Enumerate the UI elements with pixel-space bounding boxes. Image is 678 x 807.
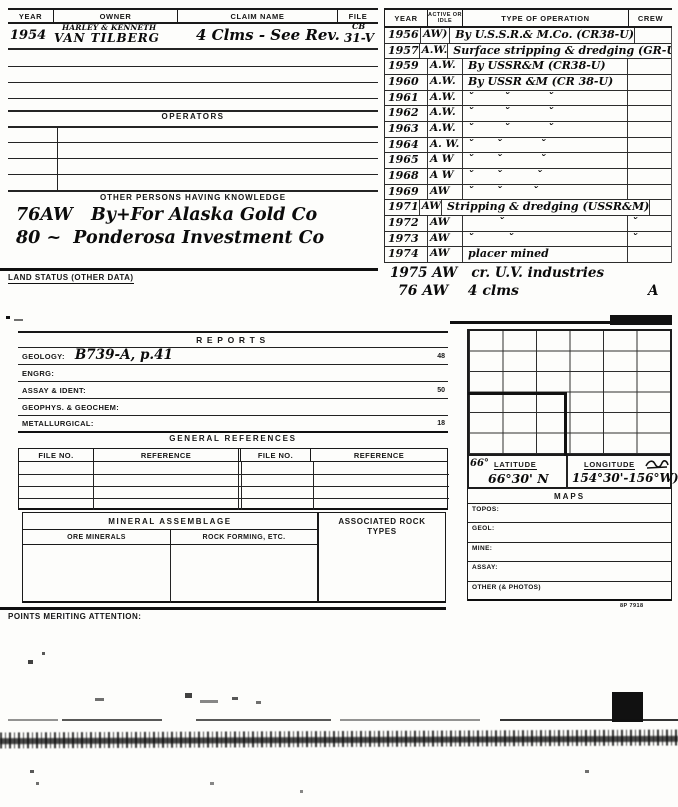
activity-operation: placer mined <box>462 247 627 262</box>
activity-status: A.W. <box>427 75 462 90</box>
activity-row: 1968 A W ˇ ˇ ˇ <box>385 169 671 185</box>
col-owner-header: OWNER <box>53 10 177 22</box>
gr-file-no-header: FILE NO. <box>19 449 93 461</box>
ink-square <box>612 692 643 722</box>
activity-year: 1971 <box>385 200 419 215</box>
scan-line-segment <box>62 719 162 721</box>
activity-operation-header: TYPE OF OPERATION <box>462 10 628 26</box>
other-persons-header: OTHER PERSONS HAVING KNOWLEDGE <box>8 193 378 202</box>
report-row: GEOLOGY: B739-A, p.41 48 <box>18 348 448 365</box>
activity-year: 1969 <box>385 185 427 200</box>
report-row: ASSAY & IDENT: 50 <box>18 382 448 399</box>
report-value: B739-A, p.41 <box>75 347 173 363</box>
operators-header: OPERATORS <box>8 112 378 121</box>
activity-header-row: YEAR ACTIVE OR IDLE TYPE OF OPERATION CR… <box>384 8 672 28</box>
activity-row: 1956 AW) By U.S.S.R.& M.Co. (CR38-U) <box>385 28 671 44</box>
scan-speck <box>95 698 104 701</box>
scan-speck <box>185 693 192 698</box>
scribble-mark <box>645 458 669 470</box>
general-references-body <box>18 462 448 510</box>
report-ref-number: 48 <box>437 353 448 360</box>
entry-underline <box>8 48 378 50</box>
scan-speck <box>210 782 214 785</box>
report-label: GEOLOGY: <box>18 352 65 361</box>
associated-rock-types-box: ASSOCIATED ROCK TYPES <box>318 512 446 603</box>
blank-line <box>19 474 449 475</box>
ore-minerals-header: ORE MINERALS <box>23 530 170 544</box>
activity-status: AW <box>427 247 462 262</box>
maps-row: TOPOS: <box>468 504 671 523</box>
activity-operation: ˇ ˇ ˇ <box>462 138 627 153</box>
activity-status: AW) <box>420 28 449 43</box>
entry-file: 31-V <box>344 31 374 45</box>
associated-rock-types-header: ASSOCIATED ROCK TYPES <box>337 517 427 538</box>
scan-speck <box>585 770 589 773</box>
general-references-header: GENERAL REFERENCES <box>18 434 448 443</box>
activity-crew <box>627 153 671 168</box>
activity-status: A.W. <box>427 91 462 106</box>
activity-operation: ˇ ˇ ˇ <box>462 122 627 137</box>
activity-year: 1964 <box>385 138 427 153</box>
activity-operation: ˇ <box>462 216 627 231</box>
activity-status: A.W. <box>419 44 448 59</box>
operators-rule-bottom <box>8 126 378 128</box>
gr-reference-header-2: REFERENCE <box>310 449 447 461</box>
activity-active-header: ACTIVE OR IDLE <box>427 10 462 26</box>
rock-forming-header: ROCK FORMING, ETC. <box>170 530 317 544</box>
maps-rows: TOPOS: GEOL: MINE: ASSAY: OTHER (& PHOTO… <box>467 504 672 601</box>
activity-status: A W <box>427 153 462 168</box>
activity-row: 1963 A.W. ˇ ˇ ˇ <box>385 122 671 138</box>
activity-status: A W <box>427 169 462 184</box>
activity-status: A.W. <box>427 59 462 74</box>
reports-section: REPORTS GEOLOGY: B739-A, p.41 48 ENGRG: … <box>18 331 448 433</box>
latitude-label: LATITUDE <box>494 460 537 470</box>
activity-crew <box>627 59 671 74</box>
blank-line <box>19 498 449 499</box>
blank-line <box>8 98 378 99</box>
scan-speck <box>42 652 45 655</box>
activity-year: 1968 <box>385 169 427 184</box>
activity-crew <box>627 122 671 137</box>
activity-crew <box>634 28 671 43</box>
scan-line-segment <box>196 719 331 721</box>
activity-year: 1956 <box>385 28 420 43</box>
activity-operation: ˇ ˇ ˇ <box>462 153 627 168</box>
grid-bold-line-horizontal <box>468 392 566 395</box>
blank-line <box>19 486 449 487</box>
reports-rows: GEOLOGY: B739-A, p.41 48 ENGRG: ASSAY & … <box>18 348 448 433</box>
maps-row-label: MINE: <box>468 543 671 552</box>
activity-operation: ˇ ˇ ˇ <box>462 106 627 121</box>
activity-row: 1965 A W ˇ ˇ ˇ <box>385 153 671 169</box>
report-label: ENGRG: <box>18 369 54 378</box>
maps-row: OTHER (& PHOTOS) <box>468 582 671 601</box>
mineral-col-divider <box>170 545 171 603</box>
gr-center-divider <box>241 462 242 510</box>
activity-operation: Stripping & dredging (USSR&M) <box>441 200 649 215</box>
blank-line <box>8 82 378 83</box>
latitude-note: 66° <box>470 458 489 469</box>
longitude-value: 154°30'-156°W) <box>572 471 678 485</box>
knowledge-line: 76AW By+For Alaska Gold Co <box>16 205 378 228</box>
maps-row-label: ASSAY: <box>468 562 671 571</box>
scan-speck <box>300 790 303 793</box>
activity-status: A.W. <box>427 122 462 137</box>
scan-speck <box>36 782 39 785</box>
entry-owner: VAN TILBERG <box>54 31 160 45</box>
scan-speck <box>232 697 238 700</box>
activity-rows: 1956 AW) By U.S.S.R.& M.Co. (CR38-U) 195… <box>384 28 672 263</box>
activity-note-crew: A <box>648 283 658 299</box>
scan-speck <box>256 701 261 704</box>
activity-year-header: YEAR <box>385 10 427 26</box>
gr-file-no-header-2: FILE NO. <box>238 449 310 461</box>
claim-header-row: YEAR OWNER CLAIM NAME FILE <box>8 8 378 24</box>
scan-line-segment <box>500 719 678 721</box>
activity-crew: ˇ <box>627 232 671 247</box>
activity-operation: ˇ ˇ ˇ <box>462 169 627 184</box>
scan-line-segment <box>340 719 480 721</box>
activity-year: 1963 <box>385 122 427 137</box>
mineral-body <box>22 545 318 603</box>
activity-status: AW <box>419 200 441 215</box>
activity-status: AW <box>427 216 462 231</box>
report-ref-number: 50 <box>437 387 448 394</box>
scan-line-segment <box>8 719 58 721</box>
activity-year: 1974 <box>385 247 427 262</box>
activity-row: 1959 A.W. By USSR&M (CR38-U) <box>385 59 671 75</box>
report-ref-number: 18 <box>437 420 448 427</box>
activity-operation: By U.S.S.R.& M.Co. (CR38-U) <box>449 28 634 43</box>
activity-year: 1960 <box>385 75 427 90</box>
lat-long-divider <box>566 456 568 489</box>
col-year-header: YEAR <box>8 10 53 22</box>
activity-row: 1960 A.W. By USSR &M (CR 38-U) <box>385 75 671 91</box>
activity-row: 1973 AW ˇ ˇ ˇ <box>385 232 671 248</box>
activity-operation: ˇ ˇ ˇ <box>462 91 627 106</box>
activity-crew <box>627 247 671 262</box>
longitude-label: LONGITUDE <box>584 460 635 470</box>
activity-year: 1957 <box>385 44 419 59</box>
scan-speck <box>30 770 34 773</box>
report-row: METALLURGICAL: 18 <box>18 416 448 433</box>
activity-year: 1965 <box>385 153 427 168</box>
activity-operation: By USSR &M (CR 38-U) <box>462 75 627 90</box>
activity-status: A.W. <box>427 106 462 121</box>
activity-crew <box>649 200 671 215</box>
scan-speck <box>14 319 23 321</box>
activity-operation: ˇ ˇ ˇ <box>462 185 627 200</box>
activity-year: 1972 <box>385 216 427 231</box>
general-references-header-row: FILE NO. REFERENCE FILE NO. REFERENCE <box>18 448 448 462</box>
activity-operation: Surface stripping & dredging (GR-U) <box>447 44 671 59</box>
report-label: GEOPHYS. & GEOCHEM: <box>18 403 119 412</box>
activity-note-1975: 1975 AW cr. U.V. industries <box>390 265 604 281</box>
points-meriting-attention-label: POINTS MERITING ATTENTION: <box>8 612 141 621</box>
mineral-subheader-row: ORE MINERALS ROCK FORMING, ETC. <box>22 530 318 545</box>
land-status-header: LAND STATUS (OTHER DATA) <box>8 273 134 284</box>
form-number: 8P 7918 <box>620 603 643 609</box>
scan-speck <box>200 700 218 703</box>
knowledge-lines: 76AW By+For Alaska Gold Co 80 ~ Ponderos… <box>16 205 378 251</box>
activity-operation: ˇ ˇ <box>462 232 627 247</box>
maps-row-label: TOPOS: <box>468 504 671 513</box>
land-status-rule <box>0 268 378 271</box>
activity-status: AW <box>427 185 462 200</box>
activity-crew <box>627 106 671 121</box>
activity-year: 1959 <box>385 59 427 74</box>
activity-operation: By USSR&M (CR38-U) <box>462 59 627 74</box>
activity-crew-header: CREW <box>628 10 672 26</box>
entry-claim-name: 4 Clms - See Rev. <box>196 26 340 44</box>
knowledge-line: 80 ~ Ponderosa Investment Co <box>16 228 378 251</box>
activity-crew <box>627 185 671 200</box>
blank-line <box>8 174 378 175</box>
activity-row: 1971 AW Stripping & dredging (USSR&M) <box>385 200 671 216</box>
blank-line <box>8 66 378 67</box>
maps-row: MINE: <box>468 543 671 562</box>
col-claim-name-header: CLAIM NAME <box>177 10 337 22</box>
blank-line <box>8 158 378 159</box>
activity-year: 1962 <box>385 106 427 121</box>
gr-reference-header: REFERENCE <box>93 449 238 461</box>
gr-center-divider <box>238 462 239 510</box>
mine-record-card: YEAR OWNER CLAIM NAME FILE 1954 HARLEY &… <box>0 0 678 807</box>
activity-status: A. W. <box>427 138 462 153</box>
activity-row: 1969 AW ˇ ˇ ˇ <box>385 185 671 201</box>
activity-crew <box>627 169 671 184</box>
activity-row: 1972 AW ˇ ˇ <box>385 216 671 232</box>
report-label: METALLURGICAL: <box>18 419 94 428</box>
latitude-value: 66°30' N <box>488 471 549 486</box>
maps-row: ASSAY: <box>468 562 671 581</box>
mineral-assemblage-header: MINERAL ASSEMBLAGE <box>22 512 318 530</box>
ink-blob <box>610 315 672 325</box>
activity-row: 1974 AW placer mined <box>385 247 671 263</box>
activity-year: 1961 <box>385 91 427 106</box>
gr-col-divider <box>313 462 314 510</box>
report-row: GEOPHYS. & GEOCHEM: <box>18 399 448 416</box>
entry-year: 1954 <box>10 28 46 43</box>
activity-row: 1961 A.W. ˇ ˇ ˇ <box>385 91 671 107</box>
report-row: ENGRG: <box>18 365 448 382</box>
activity-crew <box>627 138 671 153</box>
maps-row-label: GEOL: <box>468 523 671 532</box>
points-rule <box>0 607 446 610</box>
activity-crew <box>627 91 671 106</box>
report-label: ASSAY & IDENT: <box>18 386 86 395</box>
gr-col-divider <box>93 462 94 510</box>
activity-status: AW <box>427 232 462 247</box>
activity-crew: ˇ <box>627 216 671 231</box>
scan-speck <box>6 316 10 319</box>
operators-rule-end <box>8 190 378 192</box>
activity-year: 1973 <box>385 232 427 247</box>
activity-row: 1962 A.W. ˇ ˇ ˇ <box>385 106 671 122</box>
scan-speck <box>28 660 33 664</box>
maps-row-label: OTHER (& PHOTOS) <box>468 582 671 591</box>
activity-crew <box>627 75 671 90</box>
entry-file-top: CB <box>352 21 365 31</box>
blank-line <box>8 142 378 143</box>
activity-row: 1964 A. W. ˇ ˇ ˇ <box>385 138 671 154</box>
activity-note-1976: 76 AW 4 clms <box>398 283 519 299</box>
maps-row: GEOL: <box>468 523 671 542</box>
activity-row: 1957 A.W. Surface stripping & dredging (… <box>385 44 671 60</box>
maps-header: MAPS <box>467 489 672 504</box>
grid-bold-line-vertical <box>564 392 567 456</box>
